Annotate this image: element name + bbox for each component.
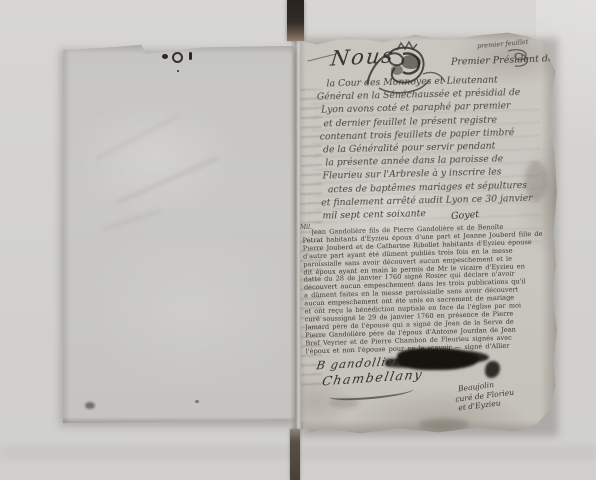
scanned-register-photo: premier feuillet Nous Premier Président … (0, 0, 596, 480)
cure-note: Beaujolin curé de Florieu et d'Eyzieu (457, 378, 515, 413)
preamble-text: la Cour des Monnoyes et Lieutenant Génér… (314, 72, 551, 223)
signature-goyet: Goyet (451, 209, 480, 222)
ink-smudge (85, 402, 95, 409)
right-page: premier feuillet Nous Premier Président … (299, 31, 557, 434)
ink-blot (397, 348, 479, 370)
ink-speck (189, 52, 192, 60)
ink-speck (177, 70, 179, 72)
ink-bleedthrough-stroke (116, 157, 218, 204)
ink-smudge (195, 400, 199, 403)
ink-blot (485, 361, 500, 378)
paper-stain (419, 418, 469, 430)
ink-speck (162, 54, 168, 59)
left-page (62, 44, 295, 423)
ink-bleedthrough-stroke (95, 114, 180, 160)
manuscript-heading-rest: Premier Président de (451, 53, 554, 68)
marriage-act-text: Jean Gandolière fils de Pierre Gandolièr… (302, 223, 551, 356)
ink-speck (172, 52, 183, 63)
book-spine-top (287, 0, 304, 41)
book-spine-bottom (290, 429, 300, 480)
ink-bleedthrough-stroke (103, 210, 161, 230)
